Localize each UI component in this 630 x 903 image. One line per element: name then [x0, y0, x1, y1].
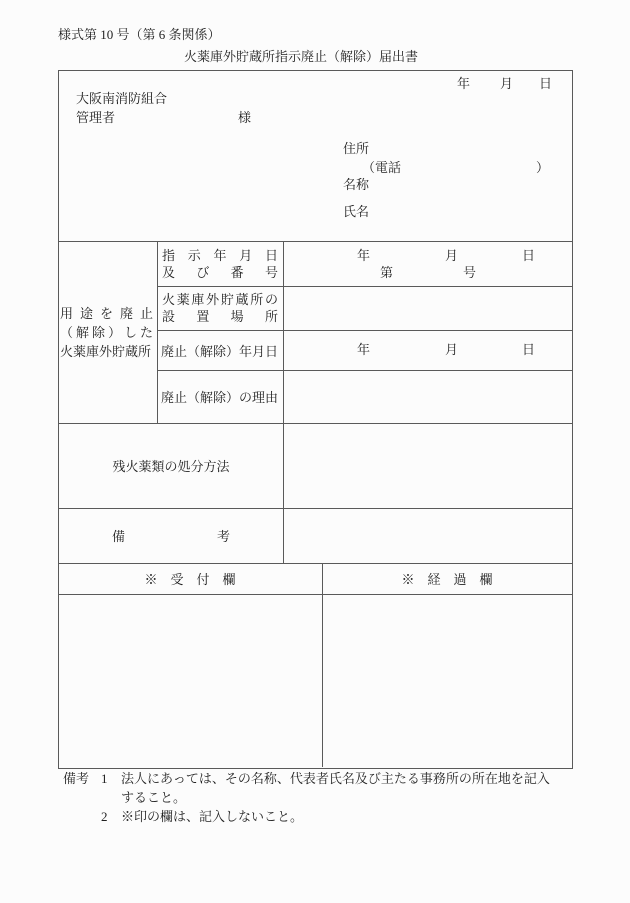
phone-label: （電話 [362, 161, 401, 175]
abolition-date-label: 廃止（解除）年月日 [161, 341, 283, 360]
instruction-day-label: 日 [522, 249, 535, 263]
abolition-day-label: 日 [522, 343, 535, 357]
header-date-month-label: 月 [500, 77, 513, 91]
location-label-line2: 設置場所 [162, 308, 278, 325]
reason-label-cell: 廃止（解除）の理由 [161, 371, 283, 422]
instruction-date-label-line1: 指示年月日 [162, 247, 278, 264]
progress-header-cell: ※ 経 過 欄 [322, 564, 572, 593]
divider [157, 241, 158, 423]
abolition-year-label: 年 [357, 343, 370, 357]
header-date-day-label: 日 [539, 77, 552, 91]
form-number: 様式第 10 号（第 6 条関係） [58, 28, 221, 42]
instruction-number-suffix: 号 [463, 266, 476, 280]
name-label: 名称 [343, 178, 369, 192]
group-label-cell: 用途を廃止 （解除）した 火薬庫外貯蔵所 [60, 242, 153, 422]
reason-label: 廃止（解除）の理由 [161, 387, 283, 406]
instruction-year-label: 年 [357, 249, 370, 263]
header-date-year-label: 年 [457, 77, 470, 91]
phone-close-paren: ） [536, 161, 549, 175]
progress-header-label: ※ 経 過 欄 [322, 569, 572, 588]
location-value-cell [283, 287, 572, 329]
remarks-label-left: 備 [112, 526, 125, 545]
group-label-line2: （解除）した [60, 323, 153, 342]
instruction-date-value-cell: 年 月 日 第 号 [283, 242, 572, 285]
reason-value-cell [283, 371, 572, 422]
disposal-value-cell [283, 424, 572, 507]
recipient-organization: 大阪南消防組合 [76, 92, 167, 106]
abolition-date-label-cell: 廃止（解除）年月日 [161, 331, 283, 369]
instruction-month-label: 月 [445, 249, 458, 263]
reception-header-cell: ※ 受 付 欄 [58, 564, 322, 593]
recipient-title: 管理者 [76, 111, 115, 125]
remarks-label-cell: 備 考 [59, 509, 283, 562]
instruction-date-label-cell: 指示年月日 及び番号 [162, 242, 278, 285]
instruction-number-prefix: 第 [380, 266, 393, 280]
recipient-honorific: 様 [238, 111, 251, 125]
abolition-month-label: 月 [445, 343, 458, 357]
location-label-line1: 火薬庫外貯蔵所の [162, 291, 278, 308]
disposal-label-cell: 残火薬類の処分方法 [59, 424, 283, 507]
disposal-label: 残火薬類の処分方法 [59, 456, 283, 475]
group-label-line3: 火薬庫外貯蔵所 [60, 342, 153, 361]
instruction-date-label-line2: 及び番号 [162, 264, 278, 281]
group-label-line1: 用途を廃止 [60, 304, 153, 323]
person-name-label: 氏名 [343, 205, 369, 219]
note1-number: 1 [101, 772, 108, 786]
abolition-date-value-cell: 年 月 日 [283, 331, 572, 369]
remarks-value-cell [283, 509, 572, 562]
note1-text-line1: 法人にあっては、その名称、代表者氏名及び主たる事務所の所在地を記入 [121, 772, 550, 786]
location-label-cell: 火薬庫外貯蔵所の 設置場所 [162, 287, 278, 329]
notes-label: 備考 [63, 772, 89, 786]
note1-text-line2: すること。 [121, 791, 186, 805]
reception-entry-area [58, 595, 322, 767]
address-label: 住所 [343, 142, 369, 156]
note2-number: 2 [101, 810, 108, 824]
progress-entry-area [322, 595, 572, 767]
note2-text: ※印の欄は、記入しないこと。 [121, 810, 303, 824]
remarks-label-right: 考 [217, 526, 230, 545]
form-title: 火薬庫外貯蔵所指示廃止（解除）届出書 [184, 50, 418, 64]
form-page: 様式第 10 号（第 6 条関係） 火薬庫外貯蔵所指示廃止（解除）届出書 年 月… [0, 0, 630, 903]
reception-header-label: ※ 受 付 欄 [58, 569, 322, 588]
